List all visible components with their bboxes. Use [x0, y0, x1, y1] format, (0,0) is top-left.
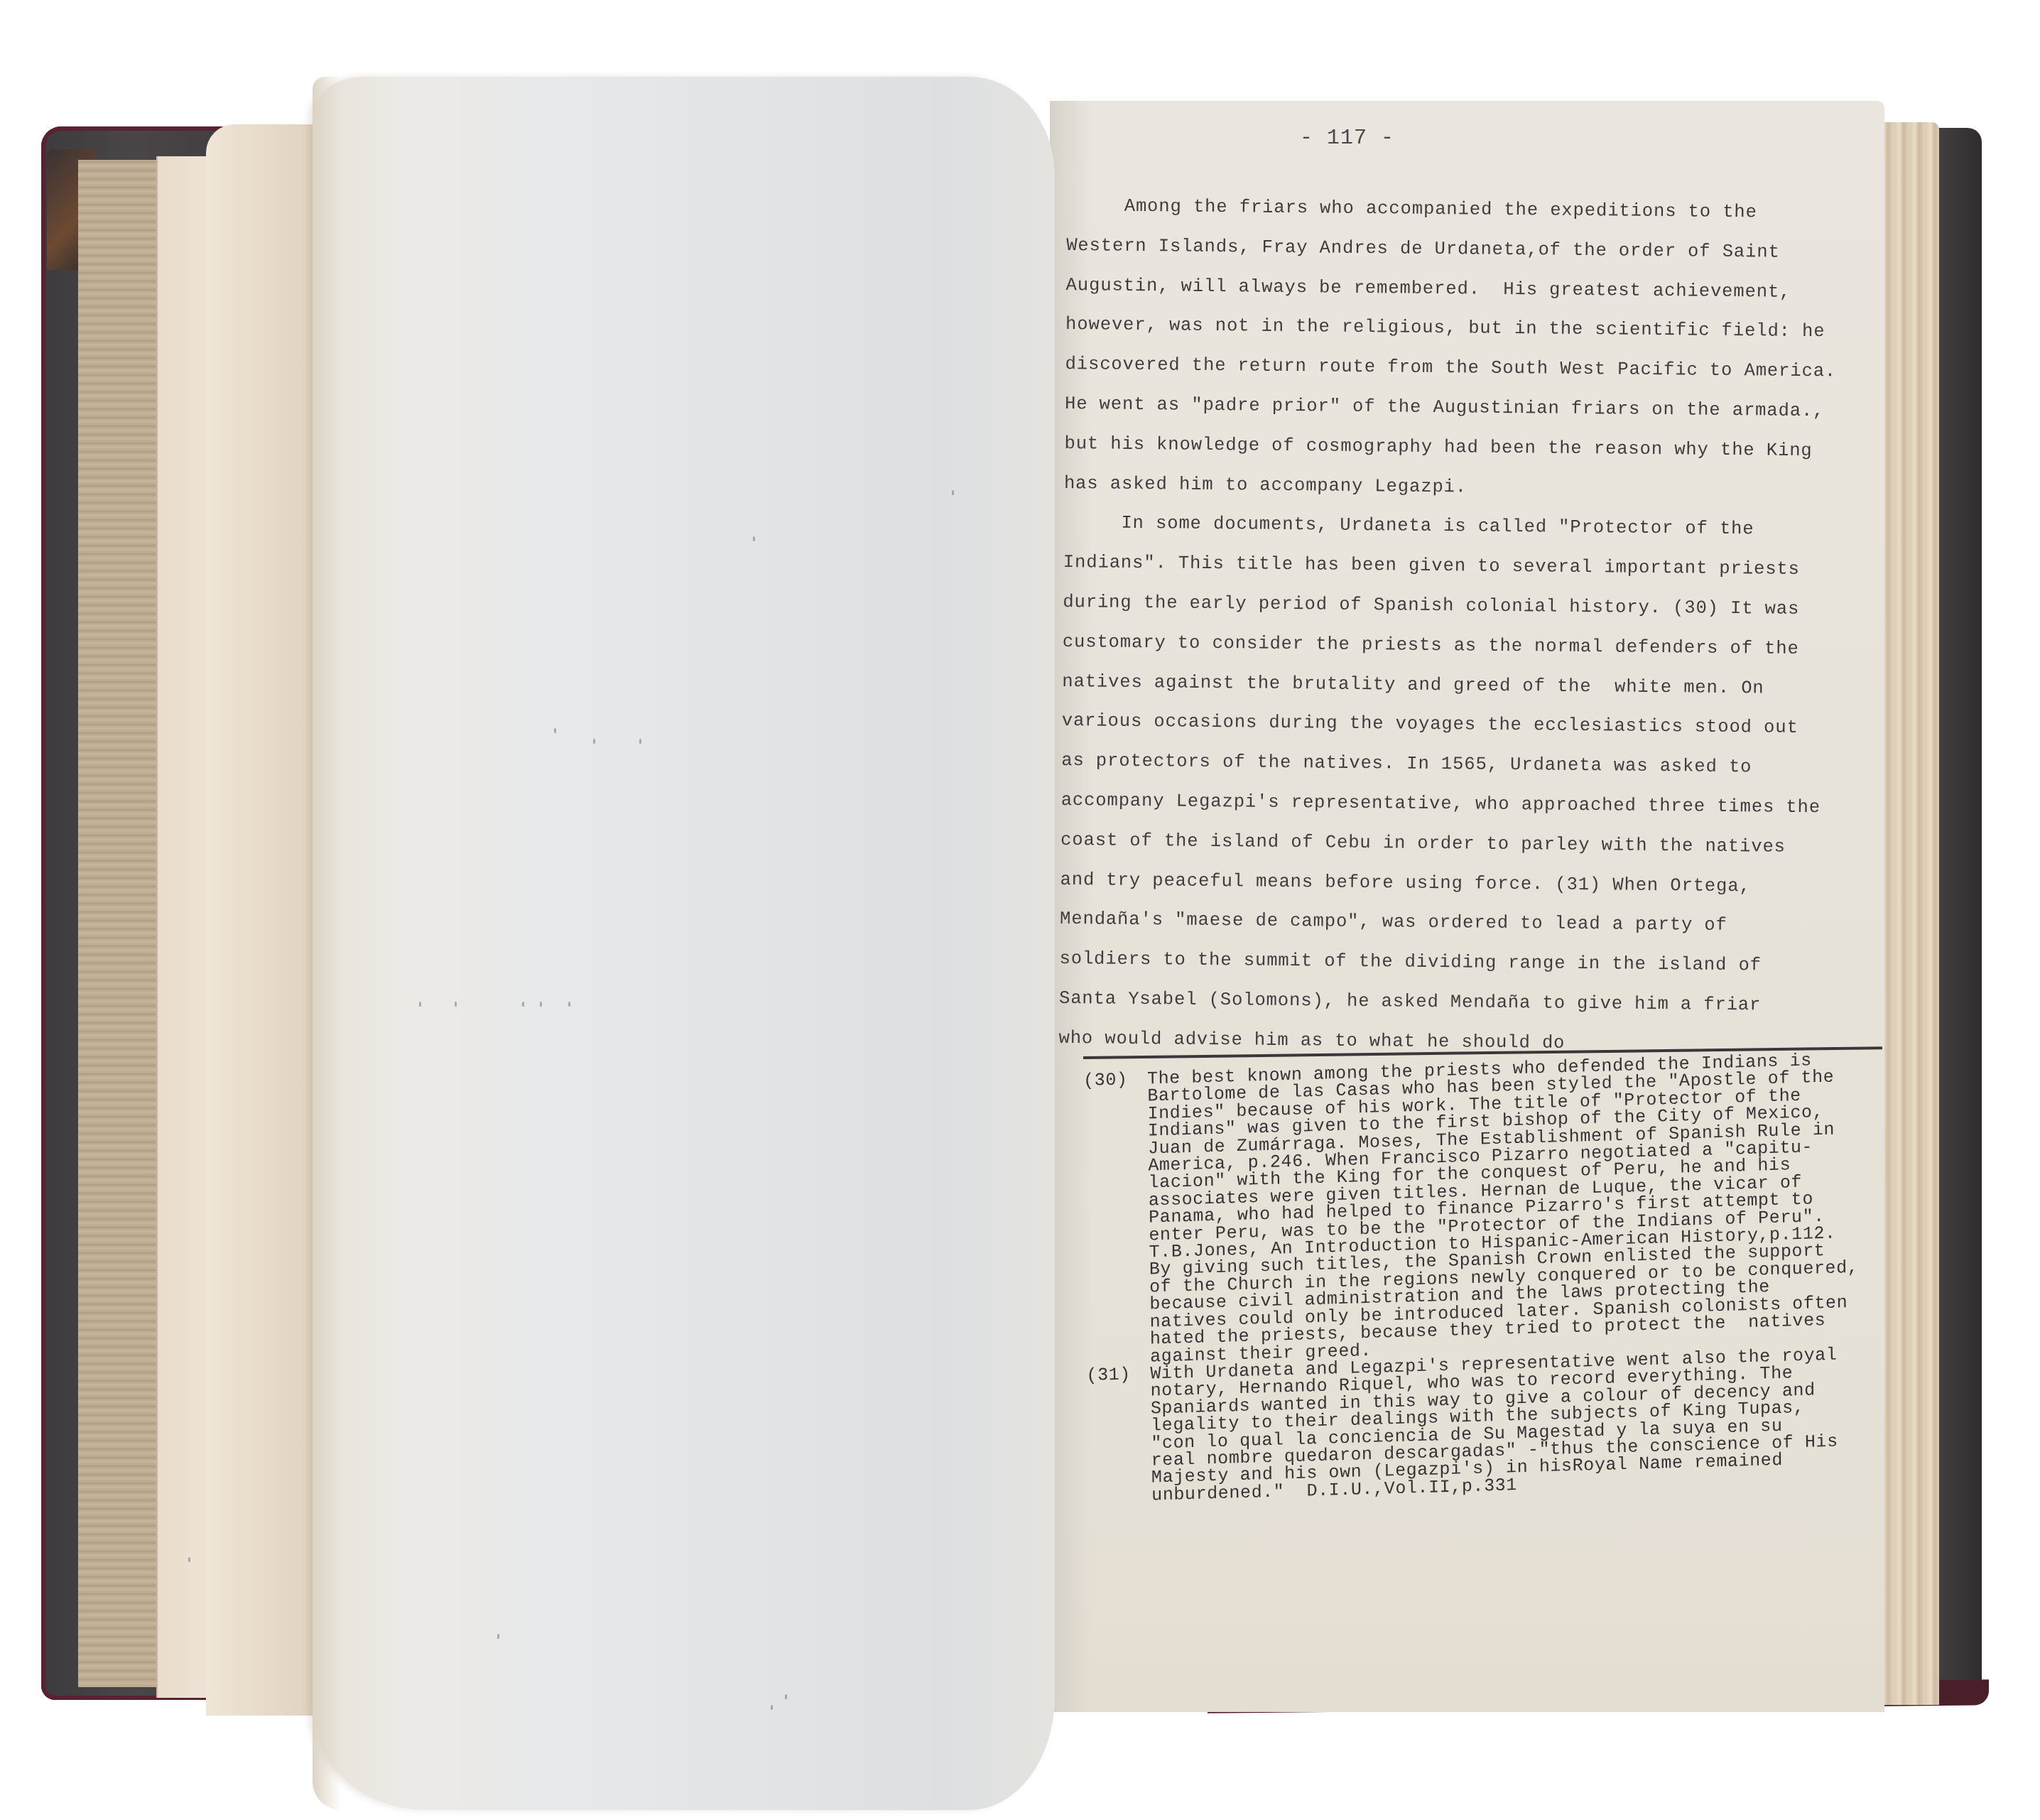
footnote-31: (31) With Urdaneta and Legazpi's represe… — [1086, 1345, 1897, 1506]
body-text: Among the friars who accompanied the exp… — [1058, 186, 1877, 1066]
footnote-number: (30) — [1083, 1071, 1150, 1367]
footnotes: (30) The best known among the priests wh… — [1083, 1050, 1897, 1506]
page-number: - 117 - — [1300, 126, 1394, 151]
footnote-number: (31) — [1086, 1365, 1151, 1506]
body-line: coast of the island of Cebu in order to … — [1060, 820, 1870, 868]
body-line: Western Islands, Fray Andres de Urdaneta… — [1066, 226, 1876, 273]
body-line: customary to consider the priests as the… — [1063, 622, 1872, 670]
body-line: but his knowledge of cosmography had bee… — [1064, 424, 1874, 472]
left-page-edge-shade — [313, 77, 341, 1810]
left-page-block-edge — [206, 124, 327, 1716]
left-page-curled-blank — [313, 77, 1055, 1810]
footnote-30: (30) The best known among the priests wh… — [1083, 1050, 1896, 1367]
